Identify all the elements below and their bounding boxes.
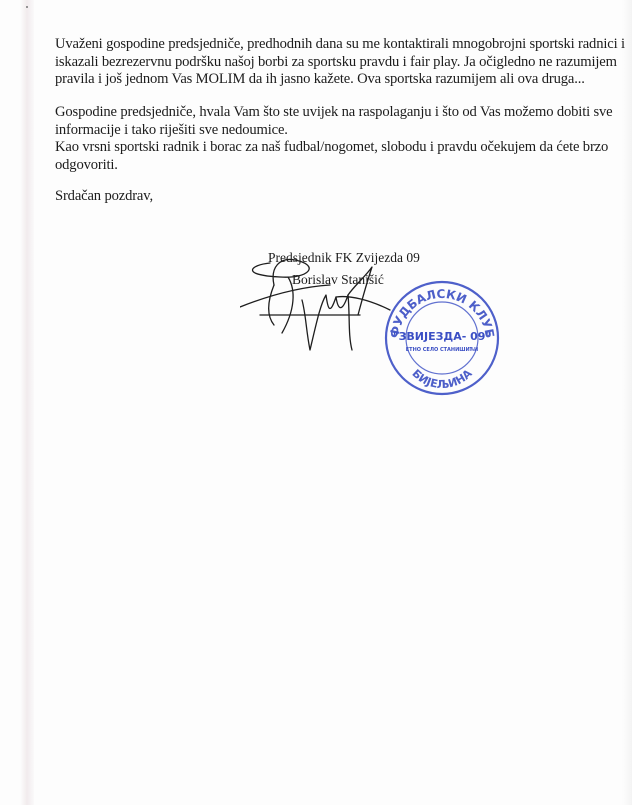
closing-salutation: Srdačan pozdrav, <box>55 188 615 206</box>
paper-speck <box>26 6 28 8</box>
svg-text:БИЈЕЉИНА: БИЈЕЉИНА <box>409 367 475 392</box>
text-line: informacije i tako riješiti sve nedoumic… <box>55 122 615 140</box>
paragraph-1: Uvaženi gospodine predsjedniče, predhodn… <box>55 36 615 89</box>
text-line: pravila i još jednom Vas MOLIM da ih jas… <box>55 71 615 89</box>
page-edge-shadow <box>20 0 34 805</box>
club-stamp: ФУДБАЛСКИ КЛУБ "ЗВИЈЕЗДА- 09" ЕТНО СЕЛО … <box>378 272 506 400</box>
text-line: Srdačan pozdrav, <box>55 188 615 206</box>
paragraph-3: Kao vrsni sportski radnik i borac za naš… <box>55 139 615 174</box>
paragraph-2: Gospodine predsjedniče, hvala Vam što st… <box>55 104 615 139</box>
text-line: Uvaženi gospodine predsjedniče, predhodn… <box>55 36 615 54</box>
page-right-edge <box>622 0 632 805</box>
text-line: Gospodine predsjedniče, hvala Vam što st… <box>55 104 615 122</box>
stamp-center-text: "ЗВИЈЕЗДА- 09" <box>393 330 491 343</box>
text-line: Kao vrsni sportski radnik i borac za naš… <box>55 139 615 157</box>
text-line: iskazali bezrezervnu podršku našoj borbi… <box>55 54 615 72</box>
text-line: odgovoriti. <box>55 157 615 175</box>
stamp-subtitle: ЕТНО СЕЛО СТАНИШИЋИ <box>406 347 479 353</box>
